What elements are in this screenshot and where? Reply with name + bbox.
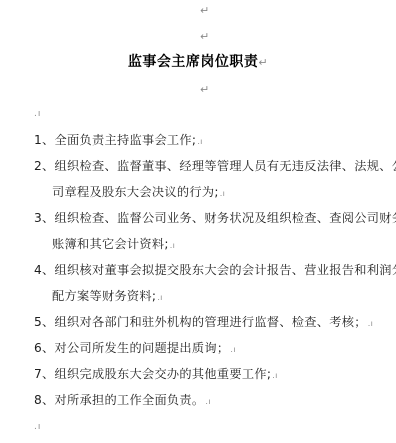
list-item: 6、对公司所发生的问题提出质询；.ı [34,340,236,358]
item-text: 配方案等财务资料; [52,289,156,303]
paragraph-mark-icon: ↵ [200,5,209,16]
paragraph-mark-icon: .ı [368,319,373,328]
item-text: 司章程及股东大会决议的行为; [52,185,219,199]
item-number: 4、 [34,263,55,277]
item-text: 账簿和其它会计资料; [52,237,169,251]
paragraph-mark-icon: .ı [272,371,277,380]
list-item-continuation: 配方案等财务资料;.ı [52,288,163,306]
paragraph-mark-icon: .ı [34,423,41,432]
page-title: 监事会主席岗位职责↵ [0,51,396,71]
item-text: 组织检查、监督公司业务、财务状况及组织检查、查阅公司财务 [55,211,396,225]
item-number: 6、 [34,341,55,355]
item-text: 对公司所发生的问题提出质询； [55,341,230,355]
list-item: 5、组织对各部门和驻外机构的管理进行监督、检查、考核；.ı [34,314,373,332]
item-text: 组织完成股东大会交办的其他重要工作; [55,367,272,381]
item-number: 3、 [34,211,55,225]
item-number: 1、 [34,133,55,147]
paragraph-mark-icon: .ı [220,189,225,198]
item-text: 对所承担的工作全面负责。 [55,393,205,407]
paragraph-mark-icon: ↵ [200,31,209,42]
paragraph-mark-icon: .ı [157,293,162,302]
item-number: 5、 [34,315,55,329]
paragraph-mark-icon: .ı [205,397,210,406]
list-item-continuation: 账簿和其它会计资料;.ı [52,236,175,254]
paragraph-mark-icon: .ı [197,137,202,146]
paragraph-mark-icon: ↵ [200,84,209,95]
item-number: 7、 [34,367,55,381]
list-item: 4、组织核对董事会拟提交股东大会的会计报告、营业报告和利润分.ı [34,262,396,280]
item-number: 8、 [34,393,55,407]
item-text: 组织对各部门和驻外机构的管理进行监督、检查、考核； [55,315,367,329]
item-text: 组织核对董事会拟提交股东大会的会计报告、营业报告和利润分 [55,263,396,277]
list-item: 3、组织检查、监督公司业务、财务状况及组织检查、查阅公司财务.ı [34,210,396,228]
paragraph-mark-icon: .ı [170,241,175,250]
list-item: 2、组织检查、监督董事、经理等管理人员有无违反法律、法规、公.ı [34,158,396,176]
list-item: 1、全面负责主持监事会工作;.ı [34,132,203,150]
list-item: 8、对所承担的工作全面负责。.ı [34,392,211,410]
item-number: 2、 [34,159,55,173]
list-item-continuation: 司章程及股东大会决议的行为;.ı [52,184,225,202]
paragraph-mark-icon: .ı [34,110,41,119]
paragraph-mark-icon: .ı [230,345,235,354]
paragraph-mark-icon: ↵ [258,56,268,69]
item-text: 全面负责主持监事会工作; [55,133,197,147]
item-text: 组织检查、监督董事、经理等管理人员有无违反法律、法规、公 [55,159,396,173]
title-text: 监事会主席岗位职责 [128,54,259,70]
list-item: 7、组织完成股东大会交办的其他重要工作;.ı [34,366,278,384]
